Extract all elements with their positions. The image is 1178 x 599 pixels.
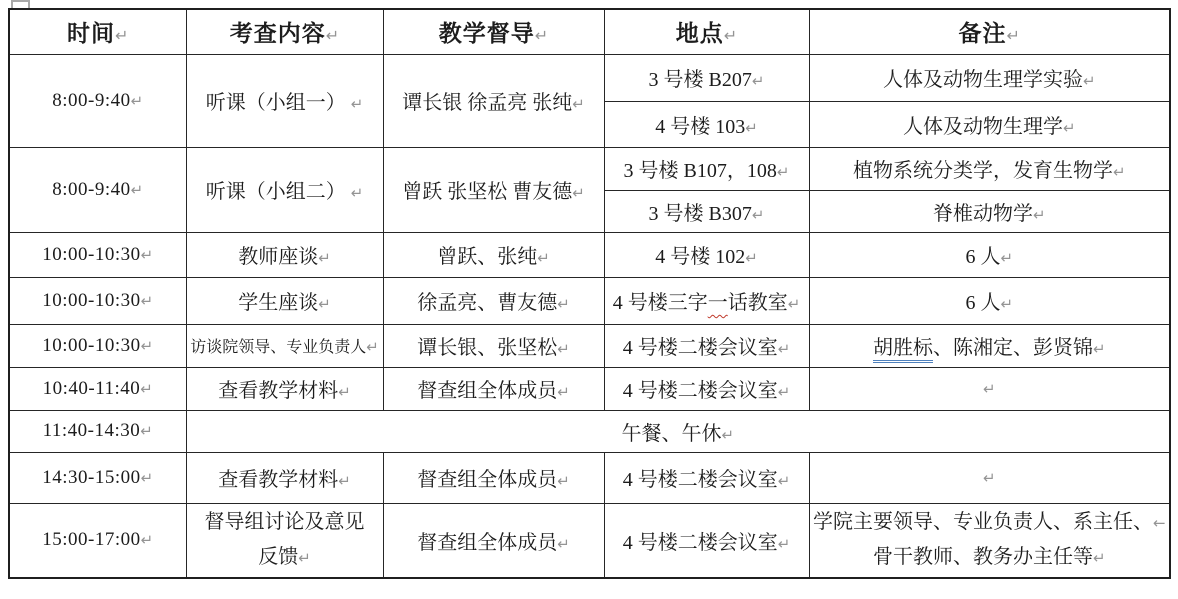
cell-text: 4 号楼二楼会议室	[623, 532, 778, 554]
table-row: 10:40-11:40↵ 查看教学材料↵ 督查组全体成员↵ 4 号楼二楼会议室↵…	[9, 367, 1170, 410]
para-mark-icon: ↵	[1093, 340, 1106, 358]
cell-r3-location[interactable]: 4 号楼 102↵	[604, 232, 809, 277]
header-label: 考查内容	[230, 20, 326, 46]
cell-text: 6 人	[965, 292, 1000, 314]
para-mark-icon: ↵	[752, 72, 765, 90]
header-cell-time[interactable]: 时间↵	[9, 9, 186, 54]
header-label: 备注	[959, 20, 1007, 46]
para-mark-icon: ↵	[778, 535, 791, 553]
para-mark-icon: ↵	[557, 472, 570, 490]
para-mark-icon: ↵	[1007, 26, 1020, 45]
cell-text: 午餐、午休	[621, 423, 721, 445]
para-mark-icon: ↵	[140, 380, 153, 398]
cell-r4-content[interactable]: 学生座谈↵	[186, 277, 383, 324]
cell-text: 植物系统分类学，发育生物学	[853, 160, 1113, 182]
para-mark-icon: ↵	[983, 380, 996, 398]
cell-r2-content[interactable]: 听课（小组二） ↵	[186, 147, 383, 232]
para-mark-icon: ↵	[298, 549, 311, 567]
header-cell-supervisor[interactable]: 教学督导↵	[383, 9, 604, 54]
cell-r4-time[interactable]: 10:00-10:30↵	[9, 277, 186, 324]
header-row: 时间↵ 考查内容↵ 教学督导↵ 地点↵ 备注↵	[9, 9, 1170, 54]
header-cell-location[interactable]: 地点↵	[604, 9, 809, 54]
cell-text: 4 号楼三字	[613, 292, 708, 314]
schedule-table: 时间↵ 考查内容↵ 教学督导↵ 地点↵ 备注↵ 8:00-9:40↵ 听课（小组…	[8, 8, 1171, 579]
cell-text: 11:40-14:30	[43, 420, 141, 441]
para-mark-icon: ↵	[745, 249, 758, 267]
cell-r9-time[interactable]: 15:00-17:00↵	[9, 503, 186, 578]
cell-text: 曾跃 张坚松 曹友德	[402, 181, 572, 203]
cell-r9-remark[interactable]: 学院主要领导、专业负责人、系主任、←骨干教师、教务办主任等↵	[809, 503, 1170, 578]
para-mark-icon: ↵	[724, 26, 737, 45]
para-mark-icon: ↵	[557, 295, 570, 313]
cell-text: 8:00-9:40	[52, 179, 130, 200]
cell-text: 10:00-10:30	[42, 290, 140, 311]
cell-r1b-remark[interactable]: 人体及动物生理学↵	[809, 101, 1170, 147]
cell-r9-content[interactable]: 督导组讨论及意见反馈↵	[186, 503, 383, 578]
cell-text: 访谈院领导、专业负责人	[190, 339, 366, 356]
cell-text: 4 号楼二楼会议室	[623, 469, 778, 491]
para-mark-icon: ↵	[326, 26, 339, 45]
cell-text: 查看教学材料	[218, 469, 338, 491]
cell-r7-lunch-merged[interactable]: 午餐、午休↵	[186, 410, 1170, 452]
para-mark-icon: ↵	[338, 472, 351, 490]
cell-r4-location[interactable]: 4 号楼三字一话教室↵	[604, 277, 809, 324]
cell-r2b-location[interactable]: 3 号楼 B307↵	[604, 190, 809, 232]
para-mark-icon: ↵	[141, 469, 154, 487]
cell-r2-supervisor[interactable]: 曾跃 张坚松 曹友德↵	[383, 147, 604, 232]
para-mark-icon: ↵	[537, 249, 550, 267]
cell-r9-location[interactable]: 4 号楼二楼会议室↵	[604, 503, 809, 578]
cell-r2-time[interactable]: 8:00-9:40↵	[9, 147, 186, 232]
cell-r5-supervisor[interactable]: 谭长银、张坚松↵	[383, 324, 604, 367]
cell-text: 脊椎动物学	[933, 203, 1033, 225]
cell-r6-remark[interactable]: ↵	[809, 367, 1170, 410]
cell-text: 人体及动物生理学实验	[883, 69, 1083, 91]
para-mark-icon: ↵	[745, 119, 758, 137]
para-mark-icon: ↵	[557, 383, 570, 401]
para-mark-icon: ↵	[141, 292, 154, 310]
para-mark-icon: ↵	[115, 26, 128, 45]
cell-r1b-location[interactable]: 4 号楼 103↵	[604, 101, 809, 147]
header-cell-content[interactable]: 考查内容↵	[186, 9, 383, 54]
para-mark-icon: ↵	[1033, 206, 1046, 224]
para-mark-icon: ↵	[1000, 295, 1013, 313]
para-mark-icon: ↵	[1093, 549, 1106, 567]
cell-r8-supervisor[interactable]: 督查组全体成员↵	[383, 452, 604, 503]
cell-text: 反馈	[258, 546, 298, 568]
cell-r8-location[interactable]: 4 号楼二楼会议室↵	[604, 452, 809, 503]
para-mark-icon: ↵	[535, 26, 548, 45]
cell-text: 学院主要领导、专业负责人、系主任、	[813, 511, 1153, 533]
cell-r3-content[interactable]: 教师座谈↵	[186, 232, 383, 277]
cell-r1-supervisor[interactable]: 谭长银 徐孟亮 张纯↵	[383, 54, 604, 147]
cell-text: 15:00-17:00	[42, 529, 140, 550]
cell-text: 教师座谈	[238, 246, 318, 268]
para-mark-icon: ↵	[141, 337, 154, 355]
cell-r8-time[interactable]: 14:30-15:00↵	[9, 452, 186, 503]
cell-r5-remark[interactable]: 胡胜标、陈湘定、彭贤锦↵	[809, 324, 1170, 367]
cell-r6-time[interactable]: 10:40-11:40↵	[9, 367, 186, 410]
cell-r6-content[interactable]: 查看教学材料↵	[186, 367, 383, 410]
cell-r1a-remark[interactable]: 人体及动物生理学实验↵	[809, 54, 1170, 101]
cell-r4-supervisor[interactable]: 徐孟亮、曹友德↵	[383, 277, 604, 324]
cell-text: 6 人	[965, 246, 1000, 268]
cell-text: 听课（小组一）	[206, 92, 346, 114]
cell-r9-supervisor[interactable]: 督查组全体成员↵	[383, 503, 604, 578]
para-mark-icon: ↵	[557, 340, 570, 358]
para-mark-icon: ↵	[131, 92, 144, 110]
cell-text: 4 号楼二楼会议室	[623, 337, 778, 359]
para-mark-icon: ↵	[572, 184, 585, 202]
para-mark-icon: ↵	[752, 206, 765, 224]
para-mark-icon: ↵	[1113, 163, 1126, 181]
para-mark-icon: ↵	[721, 426, 734, 444]
cell-r1a-location[interactable]: 3 号楼 B207↵	[604, 54, 809, 101]
cell-r1-time[interactable]: 8:00-9:40↵	[9, 54, 186, 147]
header-label: 地点	[676, 20, 724, 46]
cell-r1-content[interactable]: 听课（小组一） ↵	[186, 54, 383, 147]
cell-r2b-remark[interactable]: 脊椎动物学↵	[809, 190, 1170, 232]
para-mark-icon: ↵	[318, 295, 331, 313]
para-mark-icon: ↵	[778, 472, 791, 490]
cell-text: 10:00-10:30	[42, 335, 140, 356]
cell-text: 曾跃、张纯	[437, 246, 537, 268]
para-mark-icon: ↵	[572, 95, 585, 113]
cell-text: 查看教学材料	[218, 380, 338, 402]
table-row: 15:00-17:00↵ 督导组讨论及意见反馈↵ 督查组全体成员↵ 4 号楼二楼…	[9, 503, 1170, 578]
cell-text: 督查组全体成员	[417, 469, 557, 491]
cell-text: 10:00-10:30	[42, 244, 140, 265]
para-mark-icon: ↵	[788, 295, 801, 313]
para-mark-icon: ↵	[351, 184, 364, 202]
cell-r4-remark[interactable]: 6 人↵	[809, 277, 1170, 324]
cell-text: 听课（小组二）	[206, 181, 346, 203]
cell-text: 3 号楼 B207	[649, 69, 752, 91]
cell-r3-supervisor[interactable]: 曾跃、张纯↵	[383, 232, 604, 277]
table-row: 10:00-10:30↵ 教师座谈↵ 曾跃、张纯↵ 4 号楼 102↵ 6 人↵	[9, 232, 1170, 277]
cell-r3-time[interactable]: 10:00-10:30↵	[9, 232, 186, 277]
table-row: 11:40-14:30↵ 午餐、午休↵	[9, 410, 1170, 452]
para-mark-icon: ↵	[141, 246, 154, 264]
para-mark-icon: ↵	[1083, 72, 1096, 90]
cell-text: 谭长银 徐孟亮 张纯	[402, 92, 572, 114]
cell-text: 4 号楼 102	[655, 246, 745, 268]
cell-text: 8:00-9:40	[52, 90, 130, 111]
table-row: 8:00-9:40↵ 听课（小组二） ↵ 曾跃 张坚松 曹友德↵ 3 号楼 B1…	[9, 147, 1170, 190]
header-label: 教学督导	[439, 20, 535, 46]
grammar-flagged-text: 胡胜标	[873, 337, 933, 363]
cell-text: 骨干教师、教务办主任等	[873, 546, 1093, 568]
cell-r3-remark[interactable]: 6 人↵	[809, 232, 1170, 277]
cell-r8-content[interactable]: 查看教学材料↵	[186, 452, 383, 503]
para-mark-icon: ↵	[777, 163, 790, 181]
cell-r5-content[interactable]: 访谈院领导、专业负责人↵	[186, 324, 383, 367]
spellcheck-flagged-text: 一	[708, 292, 728, 314]
cell-r5-location[interactable]: 4 号楼二楼会议室↵	[604, 324, 809, 367]
header-label: 时间	[67, 20, 115, 46]
para-mark-icon: ↵	[366, 338, 379, 356]
cell-r8-remark[interactable]: ↵	[809, 452, 1170, 503]
cell-text: 学生座谈	[238, 292, 318, 314]
cell-r2a-remark[interactable]: 植物系统分类学，发育生物学↵	[809, 147, 1170, 190]
para-mark-icon: ↵	[1063, 119, 1076, 137]
cell-text: 督查组全体成员	[417, 532, 557, 554]
cell-text: 、陈湘定、彭贤锦	[933, 337, 1093, 359]
table-row: 10:00-10:30↵ 访谈院领导、专业负责人↵ 谭长银、张坚松↵ 4 号楼二…	[9, 324, 1170, 367]
table-move-handle-icon[interactable]	[11, 0, 30, 8]
para-mark-icon: ↵	[1000, 249, 1013, 267]
cell-r6-supervisor[interactable]: 督查组全体成员↵	[383, 367, 604, 410]
para-mark-icon: ↵	[778, 383, 791, 401]
para-mark-icon: ↵	[351, 95, 364, 113]
para-mark-icon: ↵	[318, 249, 331, 267]
table-row: 8:00-9:40↵ 听课（小组一） ↵ 谭长银 徐孟亮 张纯↵ 3 号楼 B2…	[9, 54, 1170, 101]
cell-text: 14:30-15:00	[42, 467, 140, 488]
para-mark-icon: ↵	[983, 469, 996, 487]
table-row: 14:30-15:00↵ 查看教学材料↵ 督查组全体成员↵ 4 号楼二楼会议室↵…	[9, 452, 1170, 503]
cell-text: 徐孟亮、曹友德	[417, 292, 557, 314]
para-mark-icon: ↵	[140, 422, 153, 440]
cell-text: 10:40-11:40	[43, 378, 141, 399]
para-mark-icon: ↵	[778, 340, 791, 358]
cell-text: 督查组全体成员	[417, 380, 557, 402]
para-mark-icon: ↵	[131, 181, 144, 199]
para-mark-icon: ↵	[557, 535, 570, 553]
cell-text: 4 号楼 103	[655, 116, 745, 138]
para-mark-icon: ↵	[141, 531, 154, 549]
cell-text: 3 号楼 B307	[649, 203, 752, 225]
cell-r5-time[interactable]: 10:00-10:30↵	[9, 324, 186, 367]
cell-r2a-location[interactable]: 3 号楼 B107，108↵	[604, 147, 809, 190]
cell-text: 督导组讨论及意见	[189, 505, 381, 540]
para-mark-icon: ↵	[338, 383, 351, 401]
cell-r6-location[interactable]: 4 号楼二楼会议室↵	[604, 367, 809, 410]
cell-r7-time[interactable]: 11:40-14:30↵	[9, 410, 186, 452]
line-wrap-mark-icon: ←	[1153, 514, 1166, 532]
cell-text: 谭长银、张坚松	[417, 337, 557, 359]
cell-text: 3 号楼 B107，108	[624, 160, 777, 182]
table-row: 10:00-10:30↵ 学生座谈↵ 徐孟亮、曹友德↵ 4 号楼三字一话教室↵ …	[9, 277, 1170, 324]
header-cell-remark[interactable]: 备注↵	[809, 9, 1170, 54]
cell-text: 话教室	[728, 292, 788, 314]
cell-text: 4 号楼二楼会议室	[623, 380, 778, 402]
cell-text: 人体及动物生理学	[903, 116, 1063, 138]
